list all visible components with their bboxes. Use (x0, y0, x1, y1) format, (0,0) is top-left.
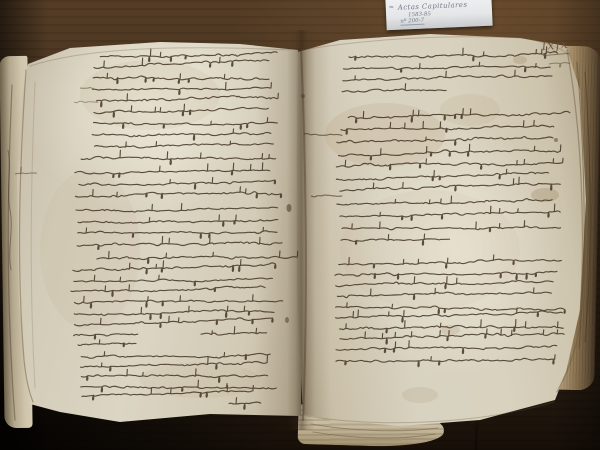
label-prefix-mark: = (389, 4, 394, 11)
manuscript-photo-scene: lxjx = Actas Capitulares 1583-85 nº 200-… (0, 0, 600, 450)
folio-number: lxjx (541, 37, 569, 54)
label-shelf-number: nº 200-7 (400, 18, 424, 26)
folio-number-text: lxjx (541, 37, 569, 56)
archive-label: = Actas Capitulares 1583-85 nº 200-7 (385, 0, 492, 30)
right-manuscript-page (296, 28, 586, 432)
book-gutter-shadow (287, 30, 315, 430)
left-manuscript-page (14, 34, 308, 428)
label-title: Actas Capitulares (398, 1, 468, 12)
